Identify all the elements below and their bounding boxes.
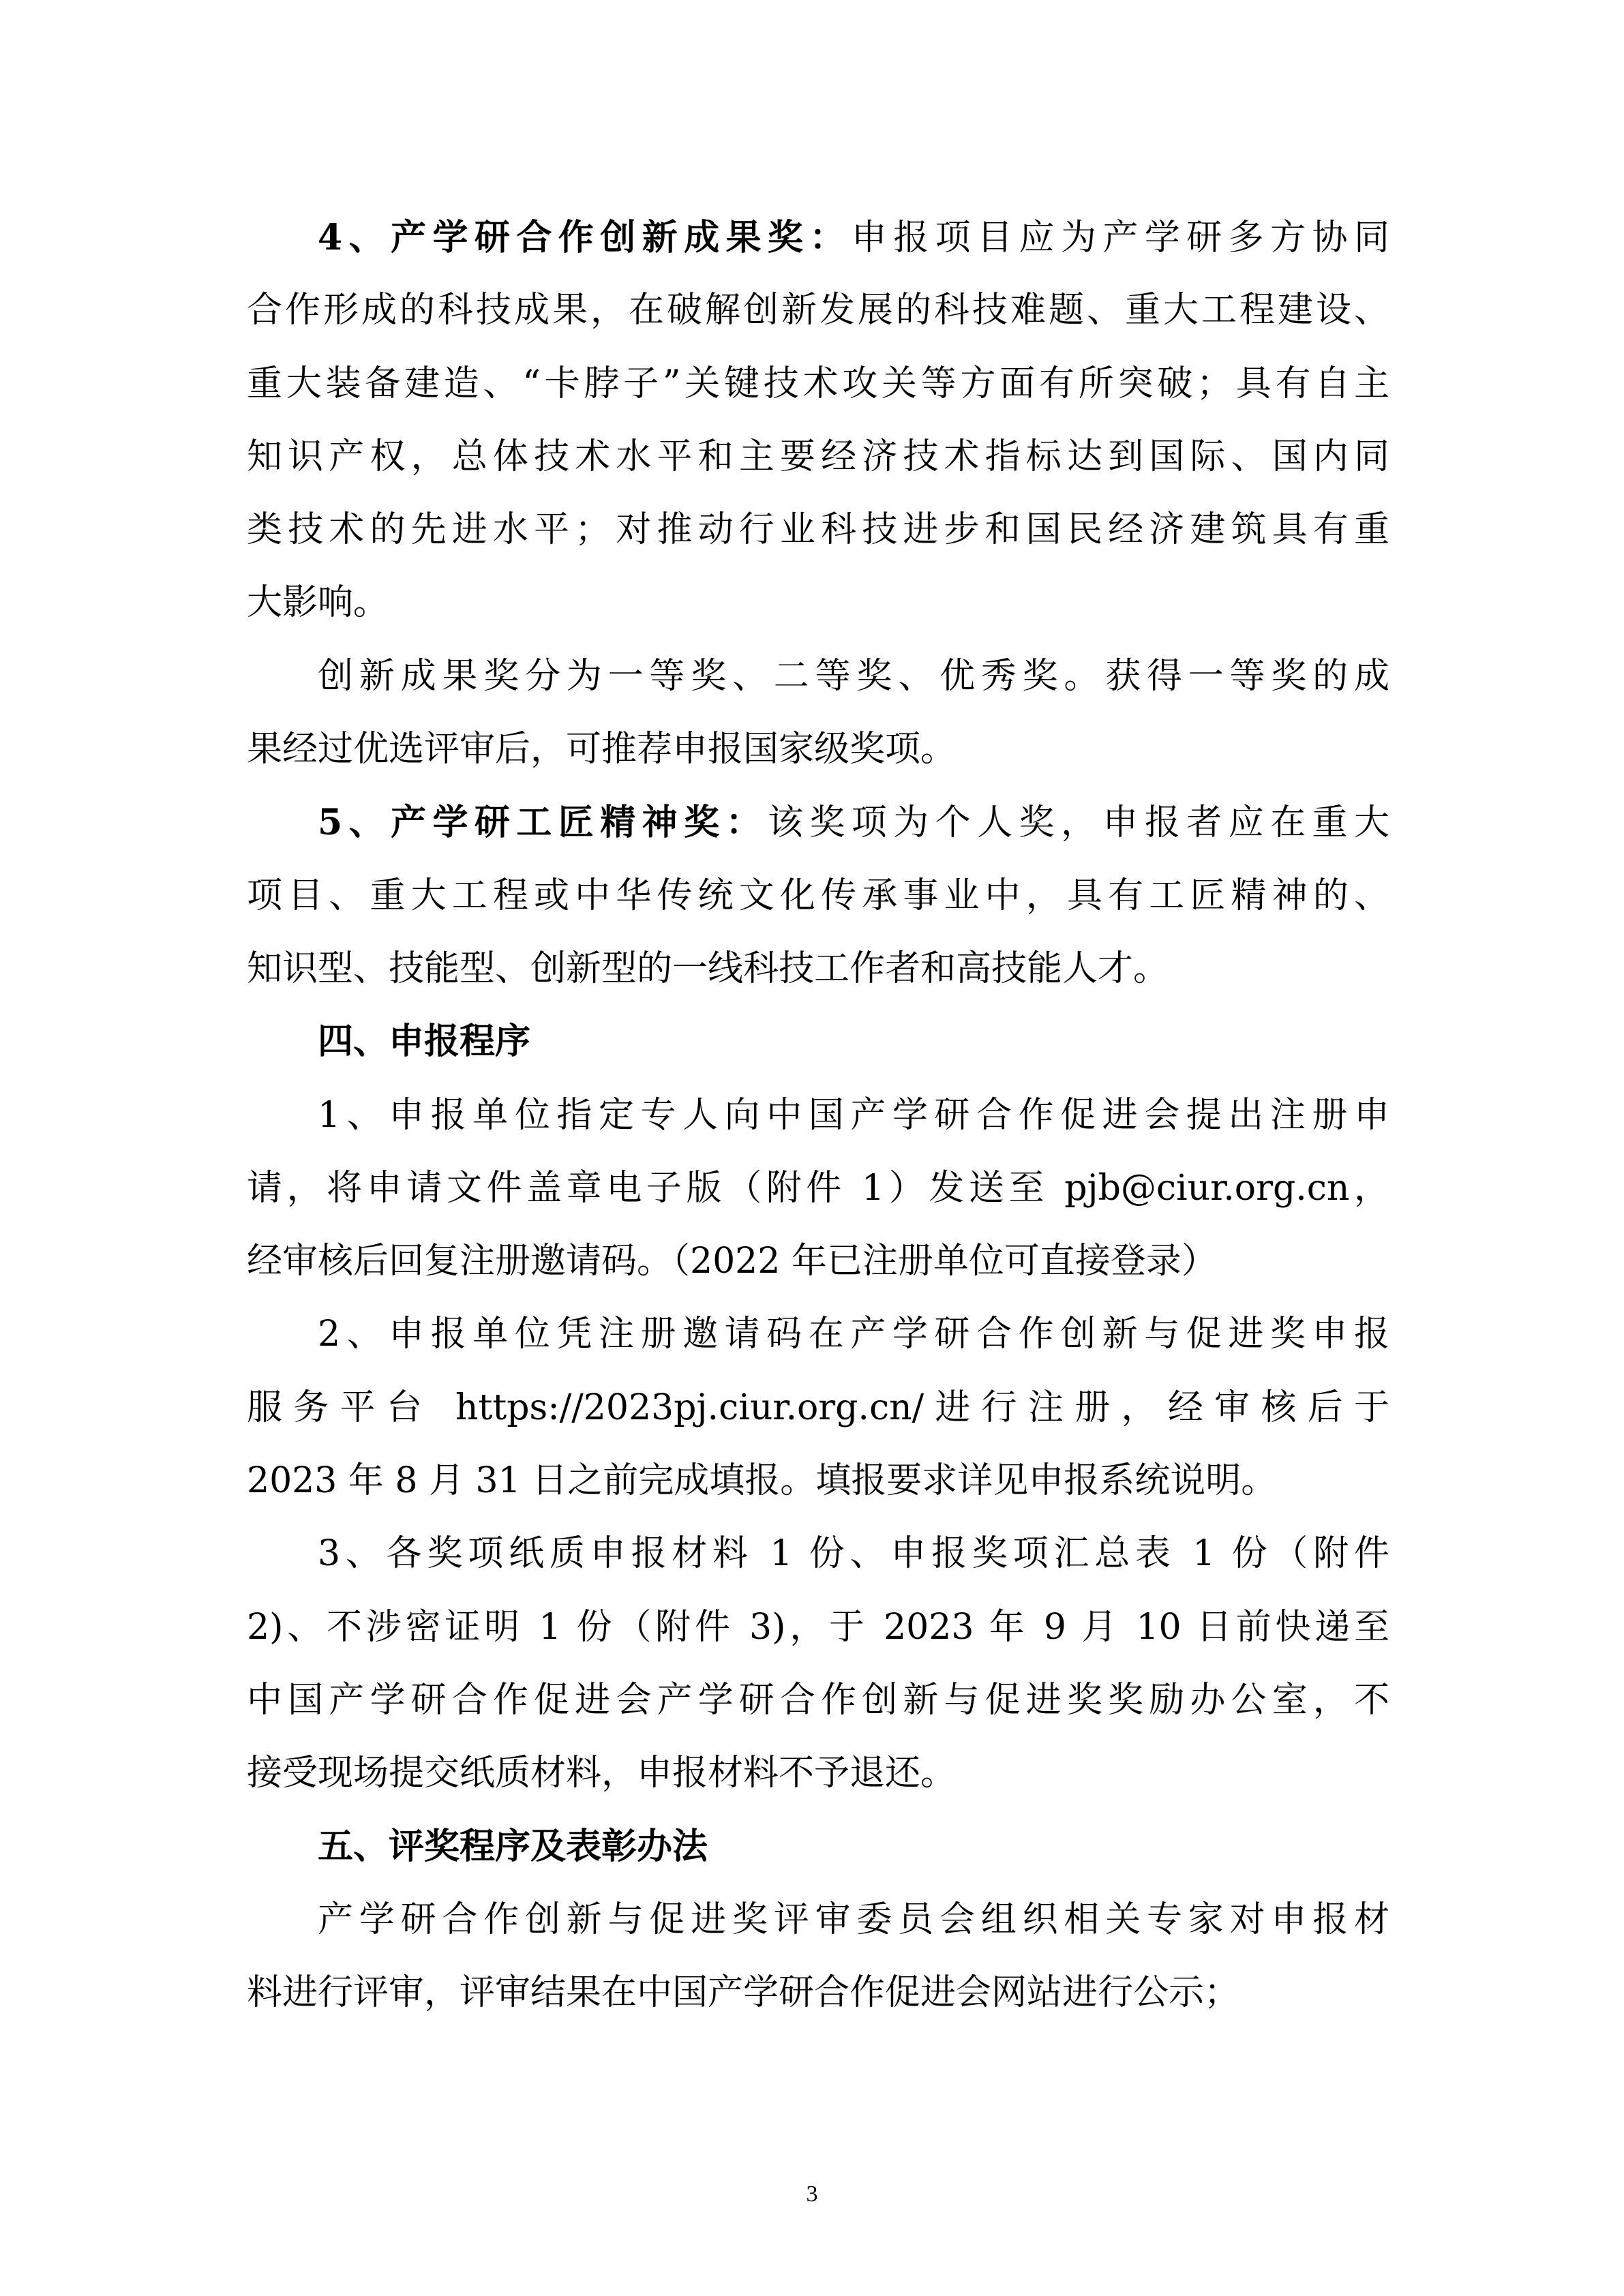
page-number: 3 [0,2181,1624,2207]
procedure-step-1: 1、申报单位指定专人向中国产学研合作促进会提出注册申 请，将申请文件盖章电子版（… [247,1079,1389,1299]
evaluation-paragraph: 产学研合作创新与促进奖评审委员会组织相关专家对申报材 料进行评审，评审结果在中国… [247,1884,1389,2030]
paragraph-line: 料进行评审，评审结果在中国产学研合作促进会网站进行公示； [247,1957,1389,2029]
paragraph-line: 1、申报单位指定专人向中国产学研合作促进会提出注册申 [247,1079,1389,1152]
paragraph-line: 果经过优选评审后，可推荐申报国家级奖项。 [247,713,1389,786]
paragraph-line: 重大装备建造、“卡脖子”关键技术攻关等方面有所突破；具有自主 [247,348,1389,421]
paragraph-line: 5、产学研工匠精神奖：该奖项为个人奖，申报者应在重大 [247,786,1389,859]
section-heading-evaluation-procedure: 五、评奖程序及表彰办法 [247,1811,1389,1884]
paragraph-line: 中国产学研合作促进会产学研合作创新与促进奖奖励办公室，不 [247,1664,1389,1737]
paragraph-line: 4、产学研合作创新成果奖：申报项目应为产学研多方协同 [247,201,1389,274]
award-grade-paragraph: 创新成果奖分为一等奖、二等奖、优秀奖。获得一等奖的成 果经过优选评审后，可推荐申… [247,640,1389,787]
procedure-step-2: 2、申报单位凭注册邀请码在产学研合作创新与促进奖申报 服务平台 https://… [247,1298,1389,1517]
document-body: 4、产学研合作创新成果奖：申报项目应为产学研多方协同 合作形成的科技成果，在破解… [247,201,1389,2029]
paragraph-line: 知识型、技能型、创新型的一线科技工作者和高技能人才。 [247,933,1389,1006]
paragraph-line: 3、各奖项纸质申报材料 1 份、申报奖项汇总表 1 份（附件 [247,1517,1389,1590]
paragraph-line: 大影响。 [247,567,1389,639]
award-item-innovation-achievement: 4、产学研合作创新成果奖：申报项目应为产学研多方协同 合作形成的科技成果，在破解… [247,201,1389,640]
paragraph-line: 服务平台 https://2023pj.ciur.org.cn/进行注册，经审核… [247,1372,1389,1445]
paragraph-line: 项目、重大工程或中华传统文化传承事业中，具有工匠精神的、 [247,860,1389,933]
paragraph-line: 2、申报单位凭注册邀请码在产学研合作创新与促进奖申报 [247,1298,1389,1371]
paragraph-line: 知识产权，总体技术水平和主要经济技术指标达到国际、国内同 [247,421,1389,494]
item-heading: 5、产学研工匠精神奖： [318,802,768,843]
paragraph-line: 2)、不涉密证明 1 份（附件 3)，于 2023 年 9 月 10 日前快递至 [247,1591,1389,1664]
paragraph-line: 创新成果奖分为一等奖、二等奖、优秀奖。获得一等奖的成 [247,640,1389,713]
procedure-step-3: 3、各奖项纸质申报材料 1 份、申报奖项汇总表 1 份（附件 2)、不涉密证明 … [247,1517,1389,1810]
section-heading-application-procedure: 四、申报程序 [247,1006,1389,1078]
paragraph-line: 经审核后回复注册邀请码。（2022 年已注册单位可直接登录） [247,1225,1389,1298]
document-page: 4、产学研合作创新成果奖：申报项目应为产学研多方协同 合作形成的科技成果，在破解… [0,0,1624,2296]
paragraph-line: 2023 年 8 月 31 日之前完成填报。填报要求详见申报系统说明。 [247,1445,1389,1517]
item-heading: 4、产学研合作创新成果奖： [318,217,852,258]
paragraph-line: 合作形成的科技成果，在破解创新发展的科技难题、重大工程建设、 [247,274,1389,347]
paragraph-line: 产学研合作创新与促进奖评审委员会组织相关专家对申报材 [247,1884,1389,1957]
award-item-craftsman-spirit: 5、产学研工匠精神奖：该奖项为个人奖，申报者应在重大 项目、重大工程或中华传统文… [247,786,1389,1006]
paragraph-line: 接受现场提交纸质材料，申报材料不予退还。 [247,1737,1389,1810]
paragraph-line: 请，将申请文件盖章电子版（附件 1）发送至 pjb@ciur.org.cn， [247,1152,1389,1225]
paragraph-line: 类技术的先进水平；对推动行业科技进步和国民经济建筑具有重 [247,494,1389,567]
